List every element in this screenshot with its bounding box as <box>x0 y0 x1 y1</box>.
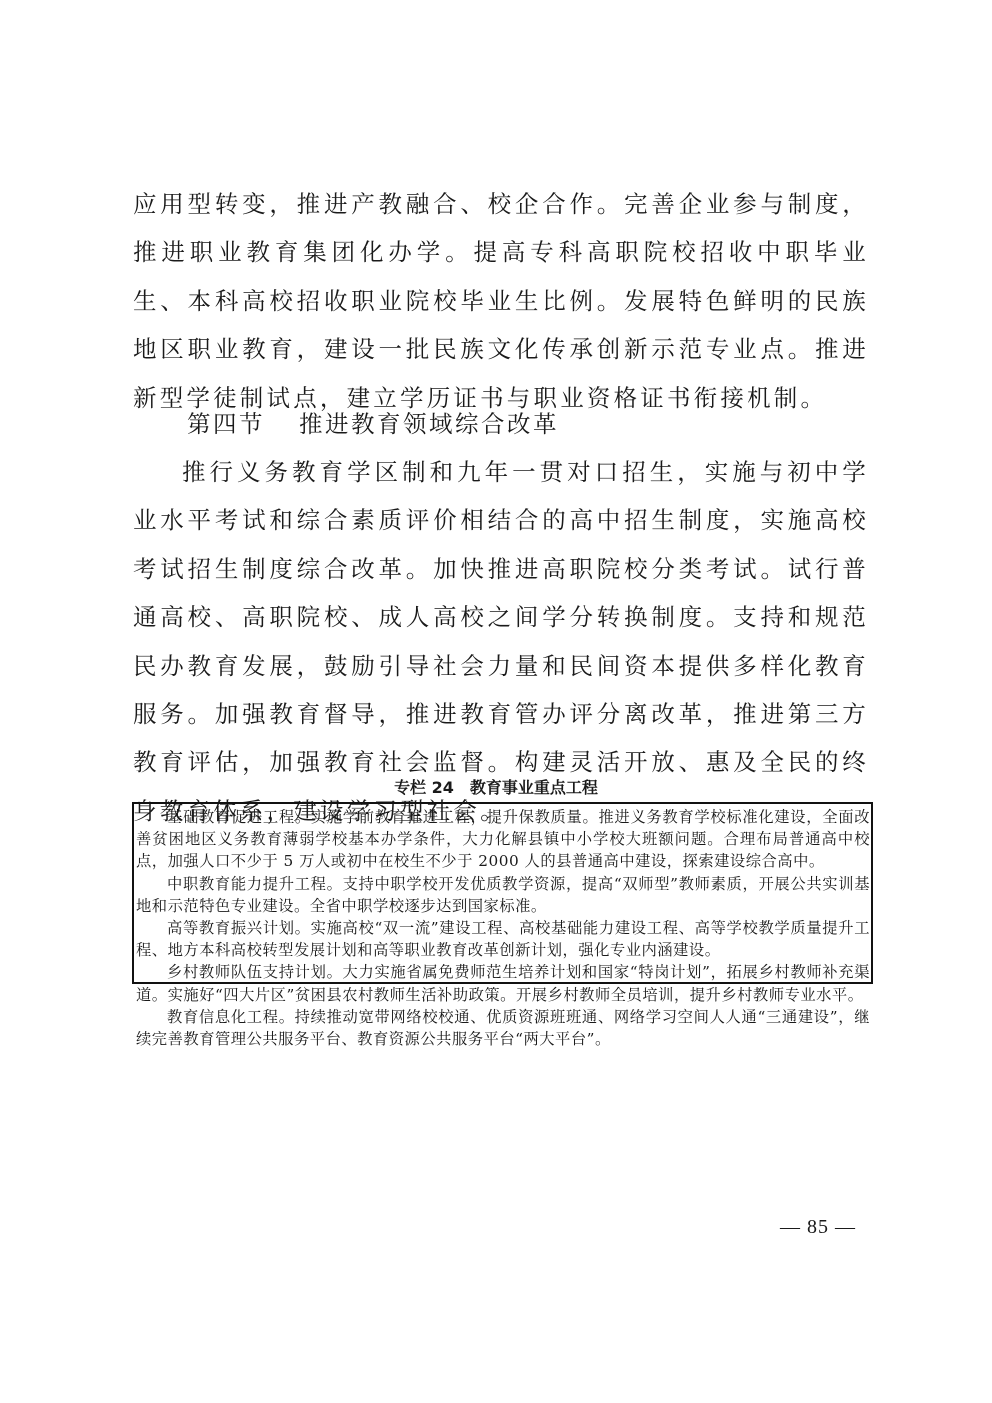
box-title-text: 教育事业重点工程 <box>470 778 598 797</box>
box-item-rural-teachers: 乡村教师队伍支持计划。大力实施省属免费师范生培养计划和国家“特岗计划”，拓展乡村… <box>136 961 870 1005</box>
section-heading: 第四节推进教育领域综合改革 <box>187 404 559 444</box>
body-paragraph-continued: 应用型转变，推进产教融合、校企合作。完善企业参与制度，推进职业教育集团化办学。提… <box>133 180 869 422</box>
box-item-informatization: 教育信息化工程。持续推动宽带网络校校通、优质资源班班通、网络学习空间人人通“三通… <box>136 1006 870 1050</box>
feature-box: 基础教育促进工程。实施学前教育推进工程，提升保教质量。推进义务教育学校标准化建设… <box>132 802 873 984</box>
box-item-basic-education: 基础教育促进工程。实施学前教育推进工程，提升保教质量。推进义务教育学校标准化建设… <box>136 806 870 873</box>
box-item-higher-education: 高等教育振兴计划。实施高校“双一流”建设工程、高校基础能力建设工程、高等学校教学… <box>136 917 870 961</box>
box-title: 专栏 24教育事业重点工程 <box>0 777 992 799</box>
section-title: 推进教育领域综合改革 <box>299 410 559 438</box>
section-number: 第四节 <box>187 410 265 438</box>
page-number: — 85 — <box>780 1216 856 1239</box>
box-label: 专栏 24 <box>394 778 454 797</box>
box-item-vocational: 中职教育能力提升工程。支持中职学校开发优质教学资源，提高“双师型”教师素质，开展… <box>136 873 870 917</box>
